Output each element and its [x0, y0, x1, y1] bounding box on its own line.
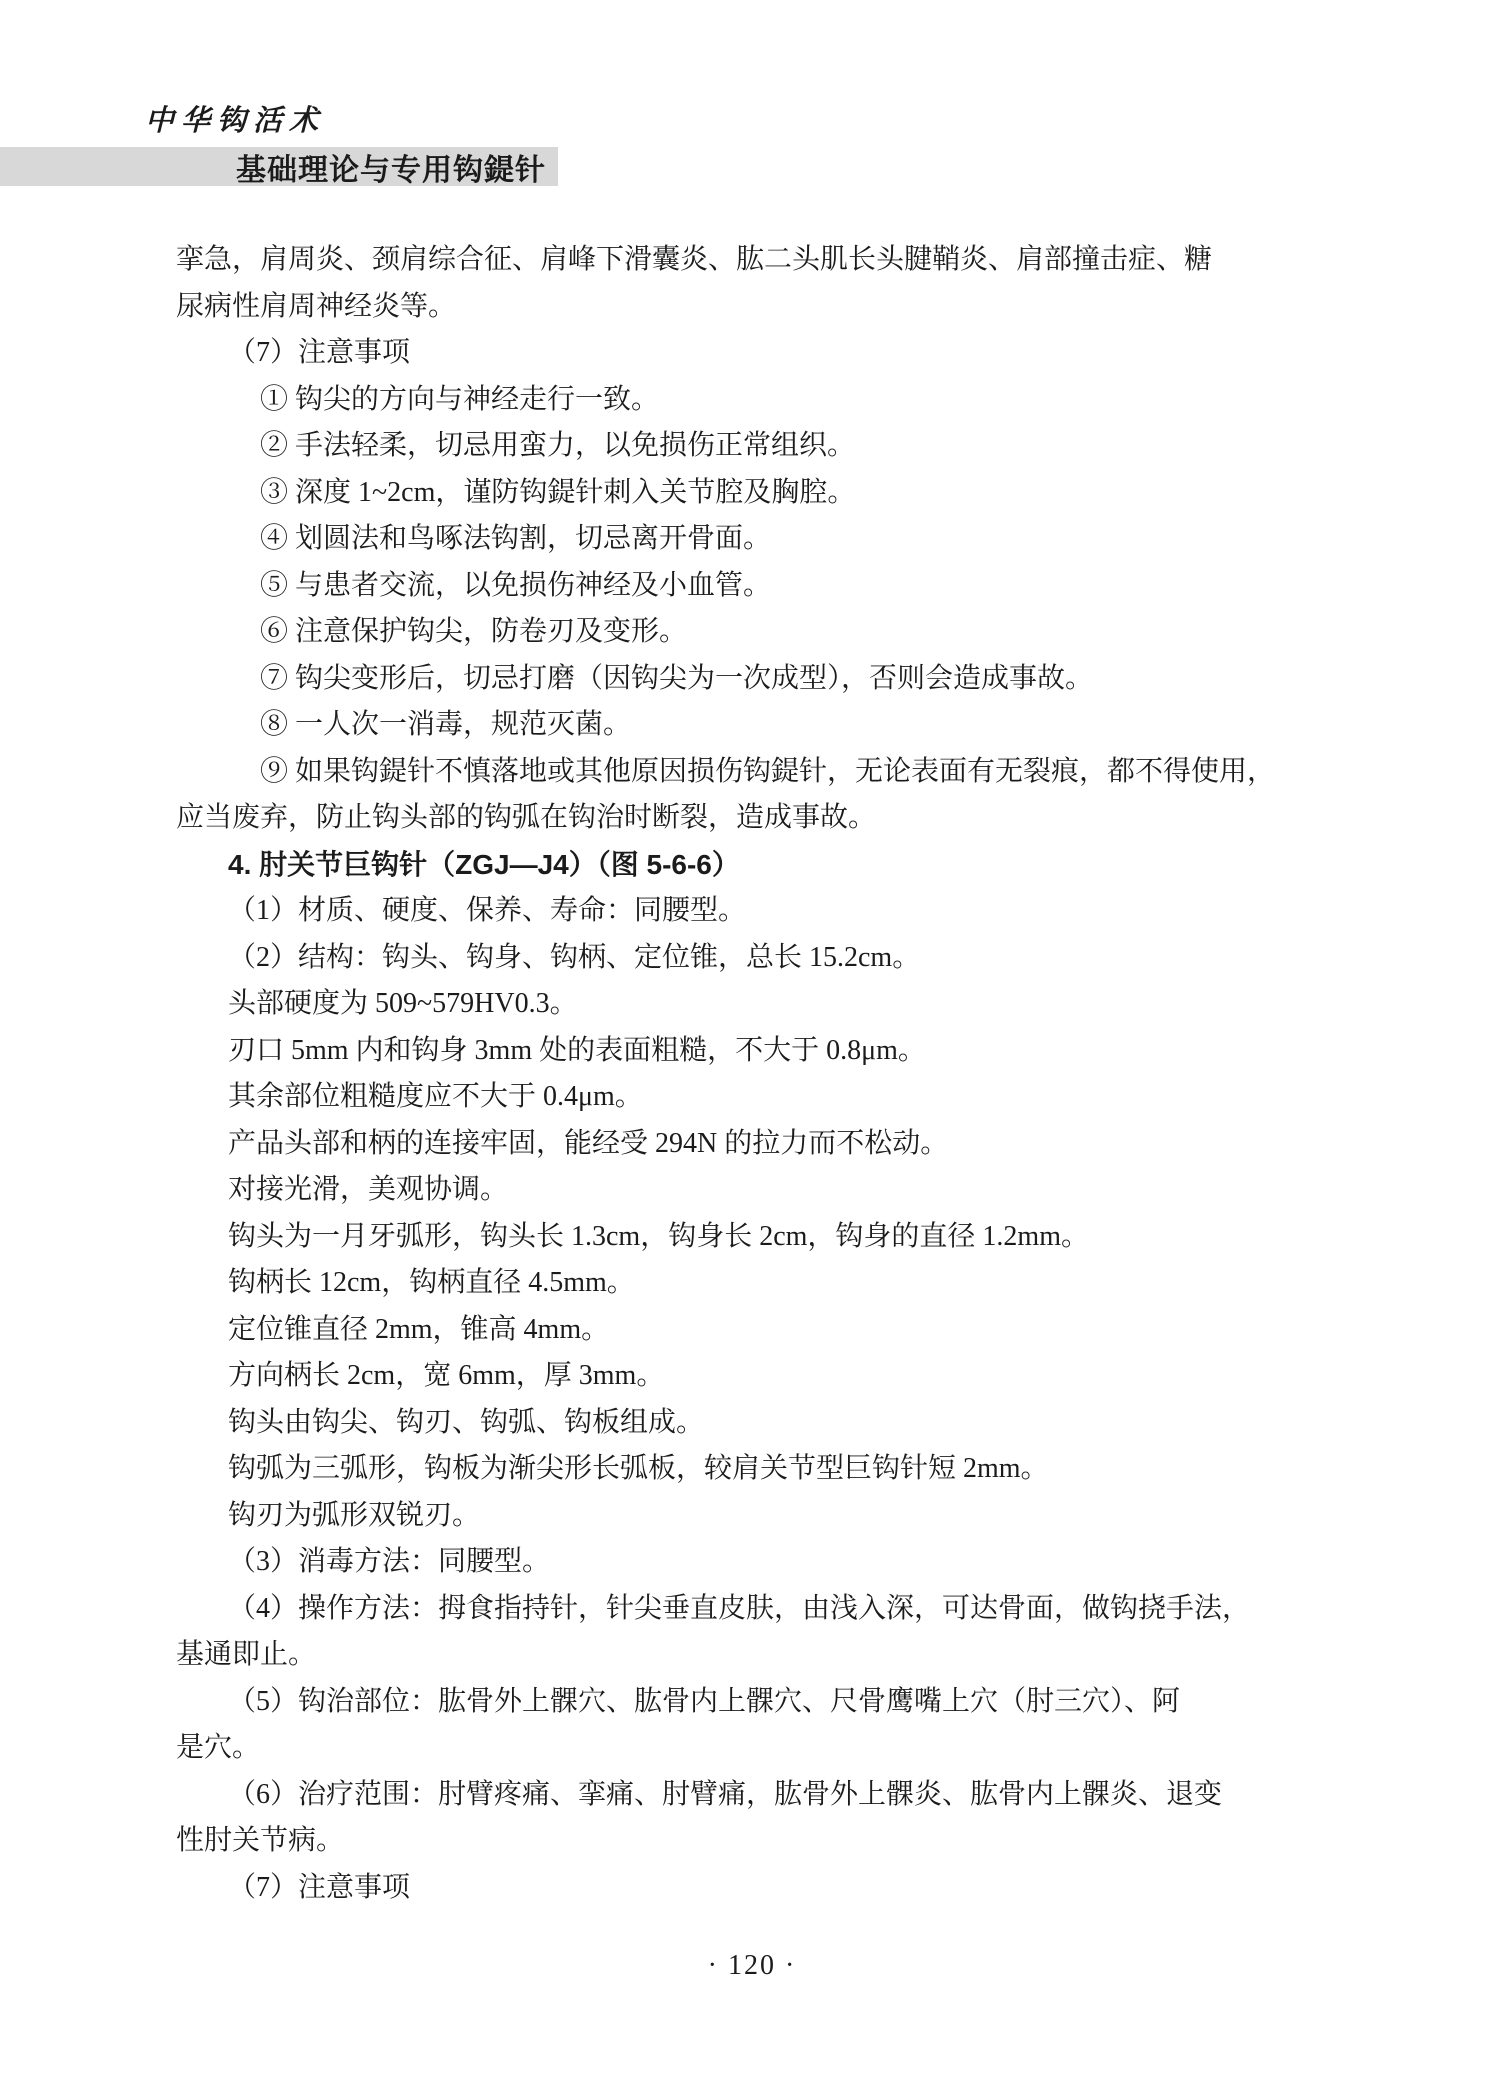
- text-line: ⑨ 如果钩鍉针不慎落地或其他原因损伤钩鍉针，无论表面有无裂痕，都不得使用，: [176, 749, 1376, 796]
- text-line: （6）治疗范围：肘臂疼痛、挛痛、肘臂痛，肱骨外上髁炎、肱骨内上髁炎、退变: [176, 1772, 1376, 1819]
- text-line: 挛急，肩周炎、颈肩综合征、肩峰下滑囊炎、肱二头肌长头腱鞘炎、肩部撞击症、糖: [176, 237, 1376, 284]
- book-page: 中华钩活术 基础理论与专用钩鍉针 挛急，肩周炎、颈肩综合征、肩峰下滑囊炎、肱二头…: [0, 0, 1504, 2094]
- text-line: 钩弧为三弧形，钩板为渐尖形长弧板，较肩关节型巨钩针短 2mm。: [176, 1446, 1376, 1493]
- section-banner: 基础理论与专用钩鍉针: [0, 147, 558, 186]
- text-line: （7）注意事项: [176, 1865, 1376, 1912]
- text-line: 定位锥直径 2mm，锥高 4mm。: [176, 1307, 1376, 1354]
- text-line: （4）操作方法：拇食指持针，针尖垂直皮肤，由浅入深，可达骨面，做钩挠手法，: [176, 1586, 1376, 1633]
- text-line: 4. 肘关节巨钩针（ZGJ—J4）（图 5-6-6）: [176, 842, 1376, 889]
- text-line: 头部硬度为 509~579HV0.3。: [176, 981, 1376, 1028]
- body-text: 挛急，肩周炎、颈肩综合征、肩峰下滑囊炎、肱二头肌长头腱鞘炎、肩部撞击症、糖尿病性…: [176, 237, 1376, 1911]
- text-line: ⑥ 注意保护钩尖，防卷刃及变形。: [176, 609, 1376, 656]
- text-line: 是穴。: [176, 1725, 1376, 1772]
- text-line: 性肘关节病。: [176, 1818, 1376, 1865]
- text-line: （2）结构：钩头、钩身、钩柄、定位锥，总长 15.2cm。: [176, 935, 1376, 982]
- text-line: ① 钩尖的方向与神经走行一致。: [176, 377, 1376, 424]
- text-line: 基通即止。: [176, 1632, 1376, 1679]
- text-line: 产品头部和柄的连接牢固，能经受 294N 的拉力而不松动。: [176, 1121, 1376, 1168]
- section-banner-label: 基础理论与专用钩鍉针: [236, 145, 546, 189]
- text-line: ③ 深度 1~2cm，谨防钩鍉针刺入关节腔及胸腔。: [176, 470, 1376, 517]
- text-line: ④ 划圆法和鸟啄法钩割，切忌离开骨面。: [176, 516, 1376, 563]
- book-title: 中华钩活术: [145, 98, 325, 139]
- text-line: ⑦ 钩尖变形后，切忌打磨（因钩尖为一次成型），否则会造成事故。: [176, 656, 1376, 703]
- text-line: （5）钩治部位：肱骨外上髁穴、肱骨内上髁穴、尺骨鹰嘴上穴（肘三穴）、阿: [176, 1679, 1376, 1726]
- text-line: （7）注意事项: [176, 330, 1376, 377]
- text-line: 其余部位粗糙度应不大于 0.4μm。: [176, 1074, 1376, 1121]
- text-line: ⑧ 一人次一消毒，规范灭菌。: [176, 702, 1376, 749]
- text-line: （1）材质、硬度、保养、寿命：同腰型。: [176, 888, 1376, 935]
- page-number: · 120 ·: [0, 1950, 1504, 1982]
- text-line: 对接光滑，美观协调。: [176, 1167, 1376, 1214]
- text-line: 方向柄长 2cm，宽 6mm，厚 3mm。: [176, 1353, 1376, 1400]
- text-line: 应当废弃，防止钩头部的钩弧在钩治时断裂，造成事故。: [176, 795, 1376, 842]
- text-line: ⑤ 与患者交流，以免损伤神经及小血管。: [176, 563, 1376, 610]
- text-line: 尿病性肩周神经炎等。: [176, 284, 1376, 331]
- text-line: ② 手法轻柔，切忌用蛮力，以免损伤正常组织。: [176, 423, 1376, 470]
- text-line: 钩头由钩尖、钩刃、钩弧、钩板组成。: [176, 1400, 1376, 1447]
- text-line: 钩柄长 12cm，钩柄直径 4.5mm。: [176, 1260, 1376, 1307]
- text-line: 钩头为一月牙弧形，钩头长 1.3cm，钩身长 2cm，钩身的直径 1.2mm。: [176, 1214, 1376, 1261]
- text-line: （3）消毒方法：同腰型。: [176, 1539, 1376, 1586]
- text-line: 刃口 5mm 内和钩身 3mm 处的表面粗糙，不大于 0.8μm。: [176, 1028, 1376, 1075]
- text-line: 钩刃为弧形双锐刃。: [176, 1493, 1376, 1540]
